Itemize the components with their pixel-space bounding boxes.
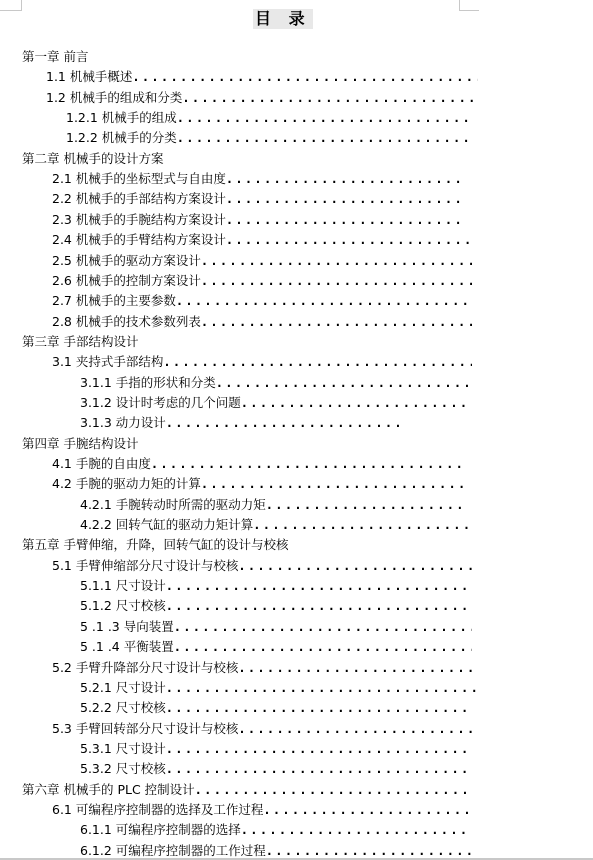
toc-entry-label: 1.2.1 机械手的组成 bbox=[66, 108, 177, 128]
dot-leader: ........................................… bbox=[166, 413, 400, 433]
dot-leader: ........................................… bbox=[201, 271, 472, 291]
dot-leader: ........................................… bbox=[182, 88, 478, 108]
toc-entry-label: 1.1 机械手概述 bbox=[46, 67, 132, 87]
toc-entry[interactable]: 第三章 手部结构设计 bbox=[22, 332, 542, 352]
toc-entry[interactable]: 5.2.1 尺寸设计..............................… bbox=[80, 678, 478, 698]
toc-entry-label: 1.2.2 机械手的分类 bbox=[66, 128, 177, 148]
toc-entry[interactable]: 5.1.2 尺寸校核..............................… bbox=[80, 596, 472, 616]
dot-leader: ........................................… bbox=[163, 352, 472, 372]
toc-title: 目 录 bbox=[253, 9, 313, 29]
toc-entry[interactable]: 5.3 手臂回转部分尺寸设计与校核.......................… bbox=[52, 719, 472, 739]
toc-entry-label: 5 .1 .3 导向装置 bbox=[80, 617, 174, 637]
toc-entry[interactable]: 6.1 可编程序控制器的选择及工作过程.....................… bbox=[52, 800, 472, 820]
toc-entry[interactable]: 5 .1 .3 导向装置............................… bbox=[80, 617, 472, 637]
toc-entry[interactable]: 第四章 手腕结构设计 bbox=[22, 434, 542, 454]
toc-entry[interactable]: 3.1.1 手指的形状和分类..........................… bbox=[80, 373, 472, 393]
toc-entry[interactable]: 4.2.2 回转气缸的驱动力矩计算.......................… bbox=[80, 515, 472, 535]
toc-entry[interactable]: 第六章 机械手的 PLC 控制设计.......................… bbox=[22, 780, 470, 800]
dot-leader: ........................................… bbox=[166, 678, 478, 698]
toc-entry[interactable]: 5.1 手臂伸缩部分尺寸设计与校核.......................… bbox=[52, 556, 472, 576]
dot-leader: ........................................… bbox=[226, 210, 465, 230]
toc-entry-label: 第六章 机械手的 PLC 控制设计 bbox=[22, 780, 195, 800]
toc-entry-label: 第二章 机械手的设计方案 bbox=[22, 149, 163, 169]
toc-entry-label: 第三章 手部结构设计 bbox=[22, 332, 138, 352]
toc-entry[interactable]: 5.3.2 尺寸校核..............................… bbox=[80, 759, 472, 779]
dot-leader: ........................................… bbox=[241, 820, 472, 840]
dot-leader: ........................................… bbox=[166, 596, 472, 616]
dot-leader: ........................................… bbox=[151, 454, 465, 474]
toc-entry[interactable]: 3.1 夹持式手部结构.............................… bbox=[52, 352, 472, 372]
toc-entry[interactable]: 1.2.1 机械手的组成............................… bbox=[66, 108, 473, 128]
toc-entry-label: 5.1 手臂伸缩部分尺寸设计与校核 bbox=[52, 556, 238, 576]
toc-entry-label: 第一章 前言 bbox=[22, 47, 88, 67]
toc-entry-label: 5.1.2 尺寸校核 bbox=[80, 596, 166, 616]
toc-entry[interactable]: 2.1 机械手的坐标型式与自由度........................… bbox=[52, 169, 465, 189]
toc-entry[interactable]: 2.7 机械手的主要参数............................… bbox=[52, 291, 472, 311]
toc-entry[interactable]: 5 .1 .4 平衡装置............................… bbox=[80, 637, 472, 657]
toc-entry[interactable]: 2.4 机械手的手臂结构方案设计........................… bbox=[52, 230, 472, 250]
toc-entry[interactable]: 5.1.1 尺寸设计..............................… bbox=[80, 576, 472, 596]
toc-entry[interactable]: 4.1 手腕的自由度..............................… bbox=[52, 454, 465, 474]
toc-entry-label: 4.2.2 回转气缸的驱动力矩计算 bbox=[80, 515, 253, 535]
toc-entry-label: 4.1 手腕的自由度 bbox=[52, 454, 151, 474]
toc-entry[interactable]: 第五章 手臂伸缩，升降，回转气缸的设计与校核 bbox=[22, 535, 542, 555]
page-corner-mark-left bbox=[0, 0, 22, 11]
dot-leader: ........................................… bbox=[201, 251, 472, 271]
dot-leader: ........................................… bbox=[174, 617, 472, 637]
toc-entry[interactable]: 1.2 机械手的组成和分类...........................… bbox=[46, 88, 478, 108]
toc-entry-label: 4.2 手腕的驱动力矩的计算 bbox=[52, 474, 201, 494]
toc-entry-label: 2.7 机械手的主要参数 bbox=[52, 291, 176, 311]
toc-entry[interactable]: 1.2.2 机械手的分类............................… bbox=[66, 128, 473, 148]
dot-leader: ........................................… bbox=[226, 189, 465, 209]
toc-entry-label: 2.4 机械手的手臂结构方案设计 bbox=[52, 230, 226, 250]
toc-entry-label: 2.1 机械手的坐标型式与自由度 bbox=[52, 169, 226, 189]
toc-entry-label: 3.1 夹持式手部结构 bbox=[52, 352, 163, 372]
dot-leader: ........................................… bbox=[132, 67, 478, 87]
toc-entry-label: 5.1.1 尺寸设计 bbox=[80, 576, 166, 596]
toc-entry-label: 5.3 手臂回转部分尺寸设计与校核 bbox=[52, 719, 238, 739]
toc-entry[interactable]: 2.5 机械手的驱动方案设计..........................… bbox=[52, 251, 472, 271]
page-corner-mark-right bbox=[459, 0, 479, 11]
toc-entry-label: 5.3.1 尺寸设计 bbox=[80, 739, 166, 759]
dot-leader: ........................................… bbox=[238, 719, 472, 739]
dot-leader: ........................................… bbox=[216, 373, 472, 393]
toc-entry[interactable]: 第一章 前言 bbox=[22, 47, 542, 67]
toc-entry[interactable]: 5.2.2 尺寸校核..............................… bbox=[80, 698, 472, 718]
toc-entry-label: 2.8 机械手的技术参数列表 bbox=[52, 312, 201, 332]
dot-leader: ........................................… bbox=[226, 230, 472, 250]
toc-entry-label: 1.2 机械手的组成和分类 bbox=[46, 88, 182, 108]
dot-leader: ........................................… bbox=[226, 169, 465, 189]
dot-leader: ........................................… bbox=[177, 128, 473, 148]
dot-leader: ........................................… bbox=[253, 515, 472, 535]
toc-entry-label: 5.2 手臂升降部分尺寸设计与校核 bbox=[52, 658, 238, 678]
toc-entry[interactable]: 4.2.1 手腕转动时所需的驱动力矩......................… bbox=[80, 495, 465, 515]
toc-entry-label: 3.1.3 动力设计 bbox=[80, 413, 166, 433]
dot-leader: ........................................… bbox=[238, 556, 472, 576]
dot-leader: ........................................… bbox=[195, 780, 470, 800]
toc-entry[interactable]: 3.1.3 动力设计..............................… bbox=[80, 413, 400, 433]
toc-entry[interactable]: 2.6 机械手的控制方案设计..........................… bbox=[52, 271, 472, 291]
dot-leader: ........................................… bbox=[166, 576, 472, 596]
toc-entry[interactable]: 5.3.1 尺寸设计..............................… bbox=[80, 739, 472, 759]
toc-entry[interactable]: 2.3 机械手的手腕结构方案设计........................… bbox=[52, 210, 465, 230]
dot-leader: ........................................… bbox=[201, 474, 465, 494]
dot-leader: ........................................… bbox=[201, 312, 472, 332]
toc-entry-label: 5 .1 .4 平衡装置 bbox=[80, 637, 174, 657]
toc-entry-label: 第四章 手腕结构设计 bbox=[22, 434, 138, 454]
toc-entry-label: 5.2.2 尺寸校核 bbox=[80, 698, 166, 718]
toc-entry-label: 5.2.1 尺寸设计 bbox=[80, 678, 166, 698]
dot-leader: ........................................… bbox=[263, 800, 472, 820]
toc-entry[interactable]: 5.2 手臂升降部分尺寸设计与校核.......................… bbox=[52, 658, 472, 678]
toc-entry-label: 6.1.1 可编程序控制器的选择 bbox=[80, 820, 241, 840]
toc-entry[interactable]: 1.1 机械手概述...............................… bbox=[46, 67, 478, 87]
toc-entry[interactable]: 第二章 机械手的设计方案 bbox=[22, 149, 542, 169]
dot-leader: ........................................… bbox=[174, 637, 472, 657]
toc-entry-label: 2.5 机械手的驱动方案设计 bbox=[52, 251, 201, 271]
dot-leader: ........................................… bbox=[176, 291, 472, 311]
dot-leader: ........................................… bbox=[241, 393, 472, 413]
toc-entry[interactable]: 6.1.1 可编程序控制器的选择........................… bbox=[80, 820, 472, 840]
toc-entry-label: 3.1.2 设计时考虑的几个问题 bbox=[80, 393, 241, 413]
dot-leader: ........................................… bbox=[238, 658, 472, 678]
toc-entry-label: 4.2.1 手腕转动时所需的驱动力矩 bbox=[80, 495, 266, 515]
dot-leader: ........................................… bbox=[266, 495, 465, 515]
toc-entry[interactable]: 4.2 手腕的驱动力矩的计算..........................… bbox=[52, 474, 465, 494]
dot-leader: ........................................… bbox=[166, 739, 472, 759]
toc-entry-label: 5.3.2 尺寸校核 bbox=[80, 759, 166, 779]
toc-entry-label: 第五章 手臂伸缩，升降，回转气缸的设计与校核 bbox=[22, 535, 288, 555]
toc-entry-label: 2.3 机械手的手腕结构方案设计 bbox=[52, 210, 226, 230]
toc-entry-label: 2.2 机械手的手部结构方案设计 bbox=[52, 189, 226, 209]
dot-leader: ........................................… bbox=[166, 698, 472, 718]
toc-entry-label: 2.6 机械手的控制方案设计 bbox=[52, 271, 201, 291]
toc-entry[interactable]: 3.1.2 设计时考虑的几个问题........................… bbox=[80, 393, 472, 413]
dot-leader: ........................................… bbox=[177, 108, 473, 128]
toc-entry-label: 3.1.1 手指的形状和分类 bbox=[80, 373, 216, 393]
toc-entry-label: 6.1 可编程序控制器的选择及工作过程 bbox=[52, 800, 263, 820]
toc-entry[interactable]: 2.2 机械手的手部结构方案设计........................… bbox=[52, 189, 465, 209]
dot-leader: ........................................… bbox=[166, 759, 472, 779]
toc-entry[interactable]: 2.8 机械手的技术参数列表..........................… bbox=[52, 312, 472, 332]
